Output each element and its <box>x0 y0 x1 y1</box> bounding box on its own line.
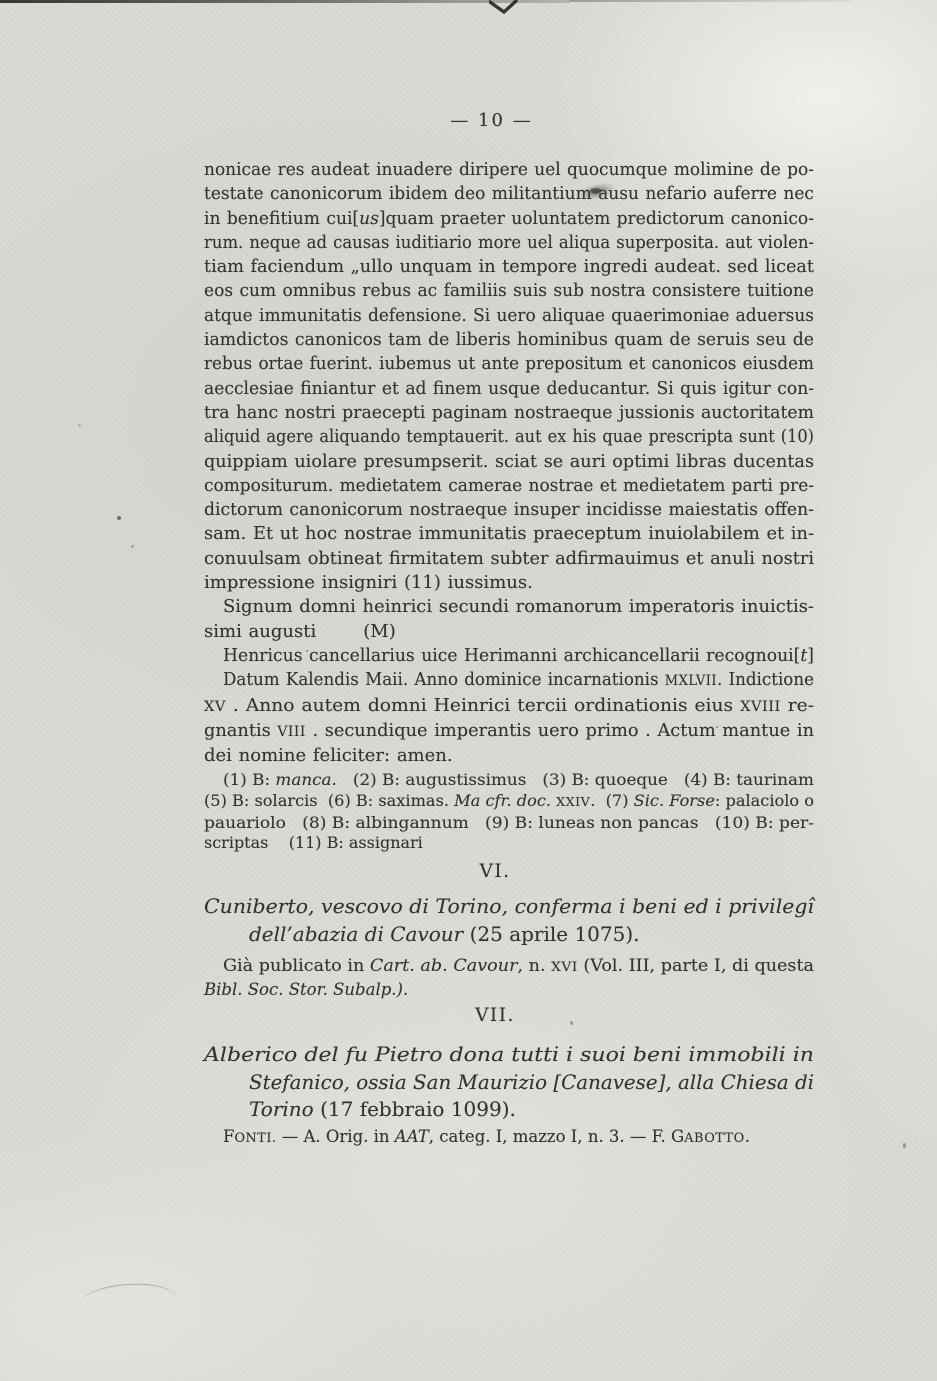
text-line: Cuniberto, vescovo di Torino, conferma i… <box>204 893 814 921</box>
text-line: XV . Anno autem domni Heinrici tercii or… <box>204 694 814 719</box>
text-line: impressione insigniri (11) iussimus. <box>204 571 814 595</box>
text-line: Henricus cancellarius uice Herimanni arc… <box>204 644 814 668</box>
section-vi-number: VI. <box>190 861 800 882</box>
text-line: in benefitium cui[us]quam praeter uolunt… <box>204 207 814 231</box>
text-line: tra hanc nostri praecepti paginam nostra… <box>204 401 814 425</box>
section-vii-sources: FONTI. — A. Orig. in AAT, categ. I, mazz… <box>204 1126 814 1150</box>
section-vi-publication-note: Già publicato in Cart. ab. Cavour, n. XV… <box>204 955 814 1000</box>
text-line: Torino (17 febbraio 1099). <box>204 1096 814 1124</box>
text-line: rebus ortae fuerint. iubemus ut ante pre… <box>204 352 814 376</box>
text-line: sam. Et ut hoc nostrae immunitatis praec… <box>204 522 814 546</box>
text-line: rum. neque ad causas iuditiario more uel… <box>204 231 814 255</box>
text-line: Datum Kalendis Maii. Anno dominice incar… <box>204 668 814 693</box>
text-line: pauariolo (8) B: albingannum (9) B: lune… <box>204 813 814 834</box>
paper-speck <box>131 545 134 548</box>
footnotes-block: (1) B: manca. (2) B: augustissimus (3) B… <box>204 770 814 854</box>
text-line: Signum domni heinrici secundi romanorum … <box>204 595 814 619</box>
text-line: Bibl. Soc. Stor. Subalp.). <box>204 979 814 1001</box>
paper-speck <box>78 424 81 427</box>
text-line: dell’abazia di Cavour (25 aprile 1075). <box>204 921 814 949</box>
page-number: — 10 — <box>204 110 779 131</box>
text-line: Alberico del fu Pietro dona tutti i suoi… <box>204 1041 814 1069</box>
text-line: (1) B: manca. (2) B: augustissimus (3) B… <box>204 770 814 791</box>
scan-edge-shadow-right <box>570 0 850 2</box>
text-line: tiam faciendum „ullo unquam in tempore i… <box>204 255 814 279</box>
text-line: gnantis VIII . secundique imperantis uer… <box>204 719 814 744</box>
text-line: compositurum. medietatem camerae nostrae… <box>204 474 814 498</box>
text-line: iamdictos canonicos tam de liberis homin… <box>204 328 814 352</box>
text-line: scriptas (11) B: assignari <box>204 833 814 854</box>
text-line: Già publicato in Cart. ab. Cavour, n. XV… <box>204 955 814 979</box>
section-vii-number: VII. <box>190 1005 800 1026</box>
text-line: atque immunitatis defensione. Si uero al… <box>204 304 814 328</box>
paper-squiggle <box>80 1281 176 1305</box>
text-line: dictorum canonicorum nostraeque insuper … <box>204 498 814 522</box>
section-vii-title: Alberico del fu Pietro dona tutti i suoi… <box>204 1041 814 1124</box>
text-line: aliquid agere aliquando temptauerit. aut… <box>204 425 814 449</box>
text-line: quippiam uiolare presumpserit. sciat se … <box>204 450 814 474</box>
latin-text-block: nonicae res audeat inuadere diripere uel… <box>204 158 814 768</box>
text-line: testate canonicorum ibidem deo militanti… <box>204 182 814 206</box>
paper-speck <box>117 516 121 520</box>
text-line: dei nomine feliciter: amen. <box>204 744 814 768</box>
section-vi-title: Cuniberto, vescovo di Torino, conferma i… <box>204 893 814 948</box>
text-line: eos cum omnibus rebus ac familiis suis s… <box>204 279 814 303</box>
text-line: nonicae res audeat inuadere diripere uel… <box>204 158 814 182</box>
text-line: Stefanico, ossia San Maurizio [Canavese]… <box>204 1069 814 1097</box>
text-line: conuulsam obtineat firmitatem subter adf… <box>204 547 814 571</box>
text-line: (5) B: solarcis (6) B: saximas. Ma cfr. … <box>204 791 814 813</box>
paper-speck <box>903 1143 906 1148</box>
scan-check-mark-icon <box>489 0 523 15</box>
text-line: simi augusti (M) <box>204 620 814 644</box>
text-line: aecclesiae finiantur et ad finem usque d… <box>204 377 814 401</box>
scan-edge-shadow-left <box>0 0 570 3</box>
text-line: FONTI. — A. Orig. in AAT, categ. I, mazz… <box>204 1126 814 1150</box>
